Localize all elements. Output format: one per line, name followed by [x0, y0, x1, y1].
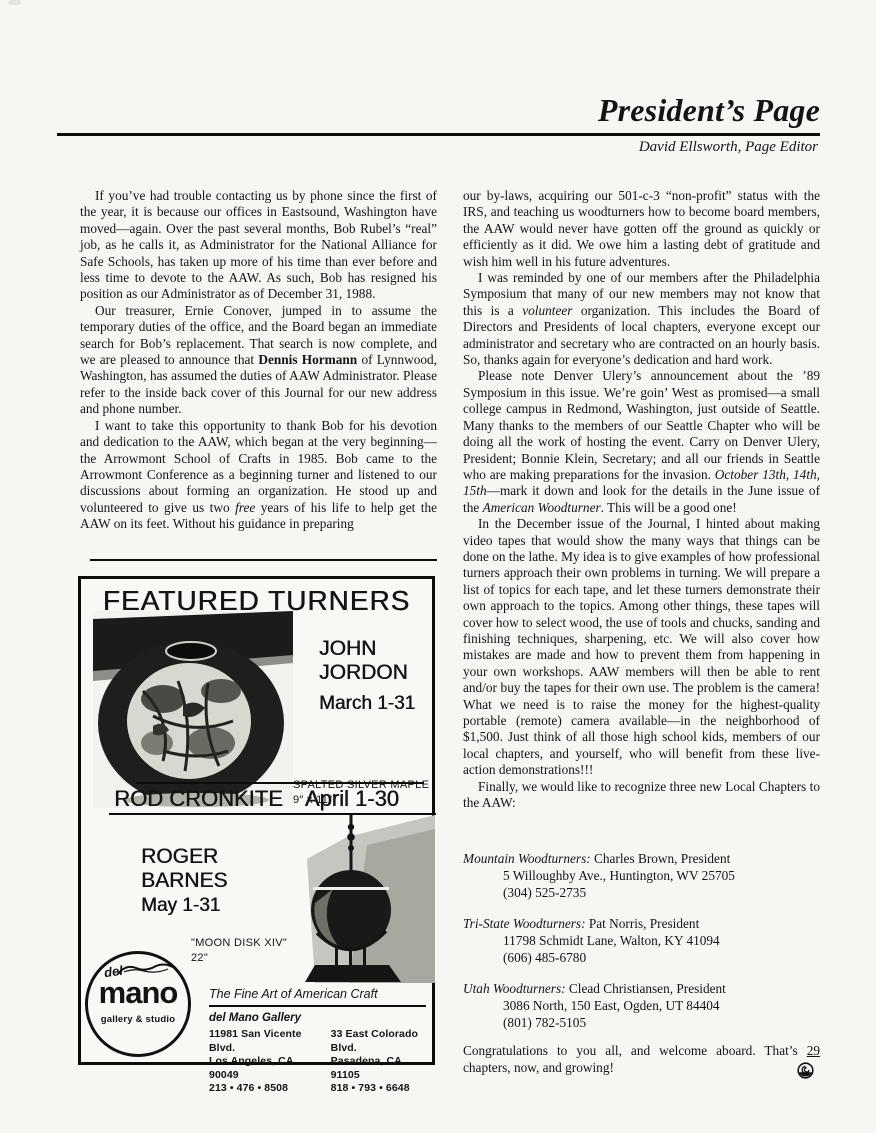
caption-line: "MOON DISK XIV"	[191, 936, 287, 951]
address-line: Los Angeles, CA 90049	[209, 1055, 305, 1082]
featured-turner-row: ROD CRONKITE April 1-30	[81, 786, 432, 812]
logo-mano-text: mano	[88, 978, 188, 1008]
featured-turner-name: ROGER BARNES	[141, 845, 227, 893]
chapter-address: 3086 North, 150 East, Ogden, UT 84404	[463, 997, 820, 1014]
chapter-president: Pat Norris, President	[586, 916, 700, 931]
chapter-phone: (304) 525-2735	[463, 884, 820, 901]
closing-text: Congratulations to you all, and welcome …	[463, 1043, 820, 1075]
new-chapters-list: Mountain Woodturners: Charles Brown, Pre…	[463, 850, 820, 1045]
gallery-addresses: 11981 San Vicente Blvd. Los Angeles, CA …	[209, 1028, 432, 1096]
phone-line: 818 • 793 • 6648	[331, 1082, 432, 1096]
caption-line: 22"	[191, 951, 287, 966]
turner-name: ROD CRONKITE	[114, 786, 283, 812]
cronkite-rule-top	[136, 782, 424, 784]
chapter-entry: Tri-State Woodturners: Pat Norris, Presi…	[463, 915, 820, 966]
turner-first-name: ROGER	[141, 845, 227, 869]
chapter-entry: Mountain Woodturners: Charles Brown, Pre…	[463, 850, 820, 901]
chapter-entry: Utah Woodturners: Clead Christiansen, Pr…	[463, 980, 820, 1031]
paragraph: Finally, we would like to recognize thre…	[463, 779, 820, 812]
phone-line: 213 • 476 • 8508	[209, 1082, 305, 1096]
closing-paragraph: Congratulations to you all, and welcome …	[463, 1042, 820, 1076]
chapter-name: Mountain Woodturners:	[463, 851, 591, 866]
tagline-rule	[209, 1005, 426, 1007]
left-column: If you’ve had trouble contacting us by p…	[80, 188, 437, 533]
chapter-phone: (801) 782-5105	[463, 1014, 820, 1031]
chapter-address: 11798 Schmidt Lane, Walton, KY 41094	[463, 932, 820, 949]
del-mano-logo: del mano gallery & studio	[85, 951, 191, 1057]
gallery-location: 11981 San Vicente Blvd. Los Angeles, CA …	[209, 1028, 305, 1096]
chapter-address: 5 Willoughby Ave., Huntington, WV 25705	[463, 867, 820, 884]
chapter-phone: (606) 485-6780	[463, 949, 820, 966]
chapter-president: Charles Brown, President	[591, 851, 731, 866]
featured-turner-dates: March 1-31	[319, 693, 415, 715]
masthead-rule	[57, 133, 820, 136]
ad-separator-rule	[90, 559, 437, 561]
featured-turners-ad: FEATURED TURNERS JOHN JORDON March 1-31 …	[78, 576, 435, 1065]
end-mark-icon	[797, 1062, 814, 1079]
moon-disk-sculpture-photo	[289, 815, 435, 983]
chapter-name: Utah Woodturners:	[463, 981, 566, 996]
paragraph: Please note Denver Ulery’s announcement …	[463, 368, 820, 516]
chapter-head: Mountain Woodturners: Charles Brown, Pre…	[463, 850, 820, 867]
turner-dates: April 1-30	[305, 786, 399, 812]
chapter-president: Clead Christiansen, President	[566, 981, 726, 996]
turner-last-name: BARNES	[141, 869, 227, 893]
address-line: Pasadena, CA 91105	[331, 1055, 432, 1082]
right-column: our by-laws, acquiring our 501-c-3 “non-…	[463, 188, 820, 811]
turner-last-name: JORDON	[319, 661, 408, 685]
chapter-head: Utah Woodturners: Clead Christiansen, Pr…	[463, 980, 820, 997]
address-line: 11981 San Vicente Blvd.	[209, 1028, 305, 1055]
spalted-maple-bowl-photo	[93, 611, 293, 808]
page-editor-byline: David Ellsworth, Page Editor	[639, 139, 818, 156]
turner-first-name: JOHN	[319, 637, 408, 661]
featured-turner-dates: May 1-31	[141, 895, 220, 917]
page-title: President’s Page	[598, 92, 820, 129]
paragraph: I want to take this opportunity to thank…	[80, 418, 437, 533]
paragraph: our by-laws, acquiring our 501-c-3 “non-…	[463, 188, 820, 270]
chapter-head: Tri-State Woodturners: Pat Norris, Presi…	[463, 915, 820, 932]
chapter-name: Tri-State Woodturners:	[463, 916, 586, 931]
paragraph: I was reminded by one of our members aft…	[463, 270, 820, 368]
gallery-tagline: The Fine Art of American Craft	[209, 987, 378, 1001]
gallery-name: del Mano Gallery	[209, 1012, 301, 1024]
gallery-location: 33 East Colorado Blvd. Pasadena, CA 9110…	[331, 1028, 432, 1096]
scan-smudge	[8, 0, 21, 5]
paragraph: Our treasurer, Ernie Conover, jumped in …	[80, 303, 437, 418]
journal-page: President’s Page David Ellsworth, Page E…	[0, 0, 876, 1133]
paragraph: In the December issue of the Journal, I …	[463, 516, 820, 779]
artwork-caption: "MOON DISK XIV" 22"	[191, 936, 287, 965]
featured-turner-name: JOHN JORDON	[319, 637, 408, 685]
paragraph: If you’ve had trouble contacting us by p…	[80, 188, 437, 303]
logo-subtitle: gallery & studio	[88, 1014, 188, 1025]
address-line: 33 East Colorado Blvd.	[331, 1028, 432, 1055]
